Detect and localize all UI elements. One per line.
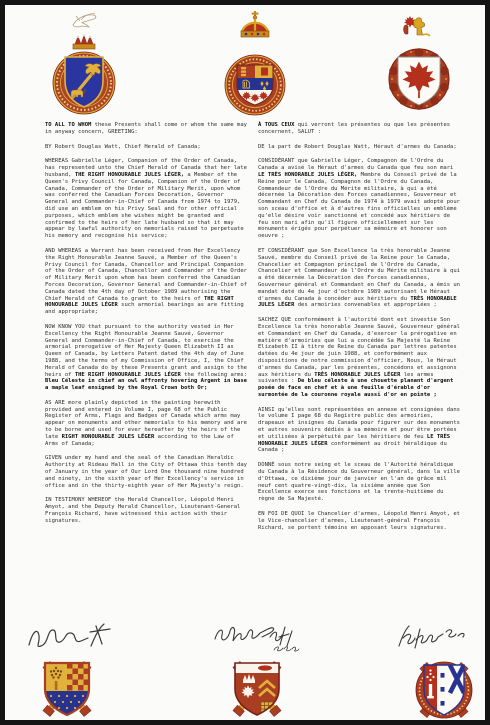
deputy-herald-chancellor-signature <box>393 620 475 658</box>
paragraph: IN TESTIMONY WHEREOF the Herald Chancell… <box>45 497 248 524</box>
paragraph: GIVEN under my hand and the seal of the … <box>45 455 248 489</box>
maple-leaf-shield-badge-icon <box>378 11 458 119</box>
paragraph: TO ALL TO WHOM these Presents shall come… <box>45 122 248 136</box>
royal-arms-crowned-badge-icon <box>216 9 294 121</box>
paragraph: BY Robert Douglas Watt, Chief Herald of … <box>45 144 248 151</box>
bilingual-text-block: TO ALL TO WHOM these Presents shall come… <box>45 122 461 539</box>
chief-herald-badge-icon <box>218 655 296 725</box>
english-text-column: TO ALL TO WHOM these Presents shall come… <box>45 122 248 539</box>
paragraph: ET CONSIDÉRANT que Son Excellence la trè… <box>258 248 461 309</box>
paragraph: AINSI qu'elles sont représentées en anne… <box>258 407 461 455</box>
chief-herald-signature <box>210 615 312 659</box>
letters-patent-document: TO ALL TO WHOM these Presents shall come… <box>0 0 490 725</box>
french-text-column: À TOUS CEUX qui verront les présentes ou… <box>258 122 461 539</box>
paragraph: NOW KNOW YOU that pursuant to the author… <box>45 324 248 392</box>
paragraph: À TOUS CEUX qui verront les présentes ou… <box>258 122 461 136</box>
paragraph: WHEREAS Gabrielle Léger, Companion of th… <box>45 158 248 240</box>
paragraph: AND WHEREAS a Warrant has been received … <box>45 248 248 316</box>
paragraph: AS ARE more plainly depicted in the pain… <box>45 400 248 448</box>
paragraph: SACHEZ QUE conformément à l'autorité don… <box>258 317 461 399</box>
paragraph: EN FOI DE QUOI le Chancelier d'armes, Lé… <box>258 511 461 531</box>
herald-chancellor-badge-icon <box>28 655 106 725</box>
paragraph: CONSIDÉRANT que Gabrielle Léger, Compagn… <box>258 158 461 240</box>
leger-arms-badge-icon <box>47 11 121 119</box>
herald-chancellor-signature <box>25 617 117 659</box>
deputy-herald-chancellor-badge-icon <box>405 655 483 725</box>
paragraph: DONNÉ sous notre seing et le sceau de l'… <box>258 462 461 503</box>
paragraph: DE la part de Robert Douglas Watt, Hérau… <box>258 144 461 151</box>
